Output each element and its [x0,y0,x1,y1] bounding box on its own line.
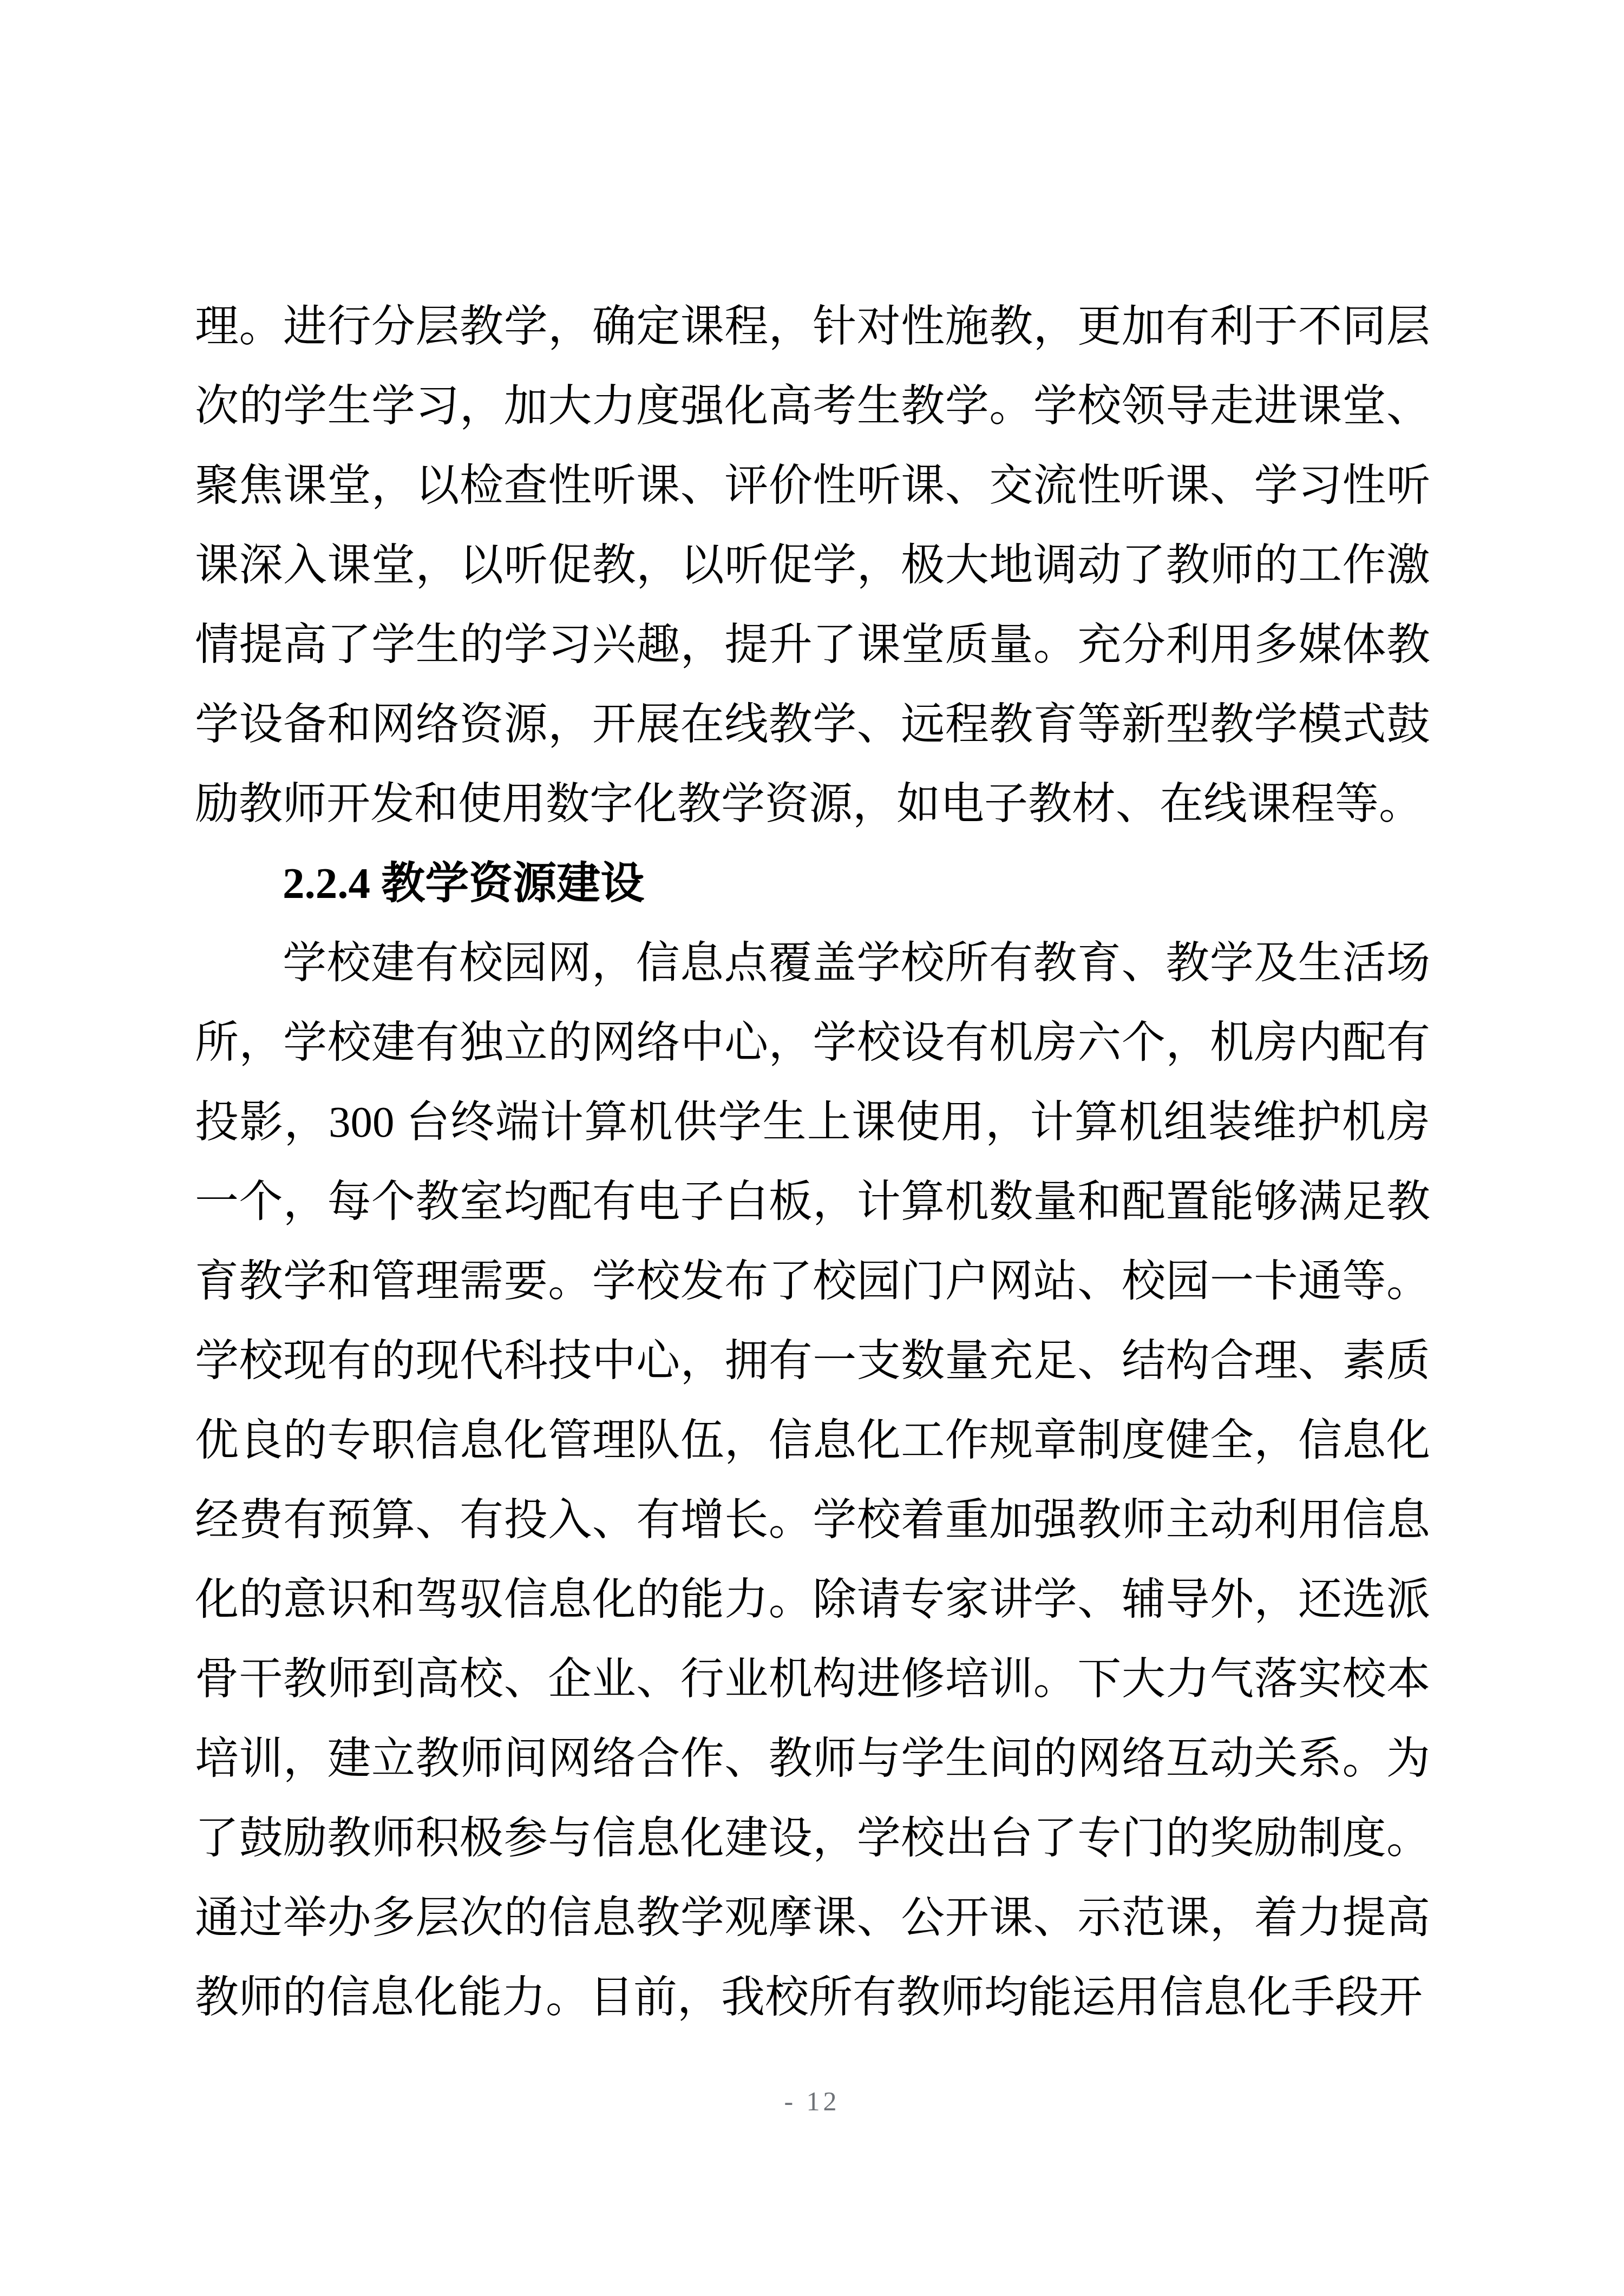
section-heading-2-2-4: 2.2.4 教学资源建设 [195,844,1430,923]
page-footer: - 12 [0,2085,1624,2117]
paragraph-continuation: 理。进行分层教学，确定课程，针对性施教，更加有利于不同层次的学生学习，加大力度强… [195,287,1430,844]
page-number: - 12 [784,2086,840,2116]
paragraph-teaching-resources: 学校建有校园网，信息点覆盖学校所有教育、教学及生活场所，学校建有独立的网络中心，… [195,923,1430,2037]
page-body-text: 理。进行分层教学，确定课程，针对性施教，更加有利于不同层次的学生学习，加大力度强… [195,287,1430,2037]
document-page: 理。进行分层教学，确定课程，针对性施教，更加有利于不同层次的学生学习，加大力度强… [0,0,1624,2296]
